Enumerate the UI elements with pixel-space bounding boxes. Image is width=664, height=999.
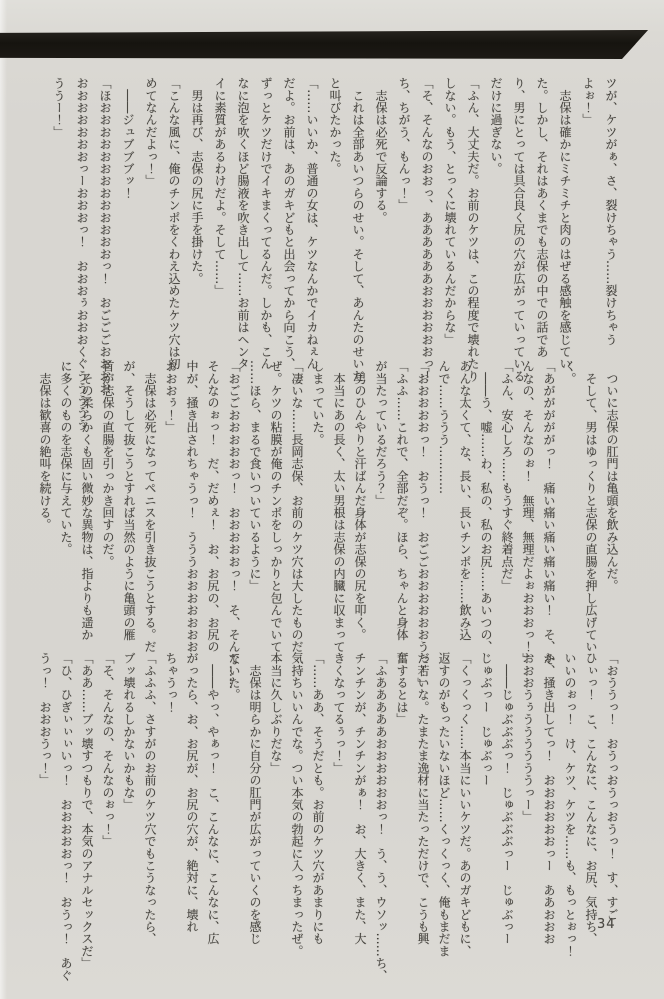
text-block-middle: ついに志保の肛門は亀頭を飲み込んだ。 そして、男はゆっくりと志保の直腸を押し広げ… [34, 360, 622, 689]
text-block-bottom: 「おううっ！ おうっおうっおうっ！ す、すごひぃっ！ こ、こんなに、こんなに、お… [34, 652, 622, 981]
top-banner-bar [0, 30, 652, 59]
scanned-book-page: ツが、ケツがぁ、さ、裂けちゃう……裂けちゃうよぉ！」 志保は確かにミチミチと肉の… [0, 0, 664, 999]
page-number: 34 [597, 917, 616, 932]
